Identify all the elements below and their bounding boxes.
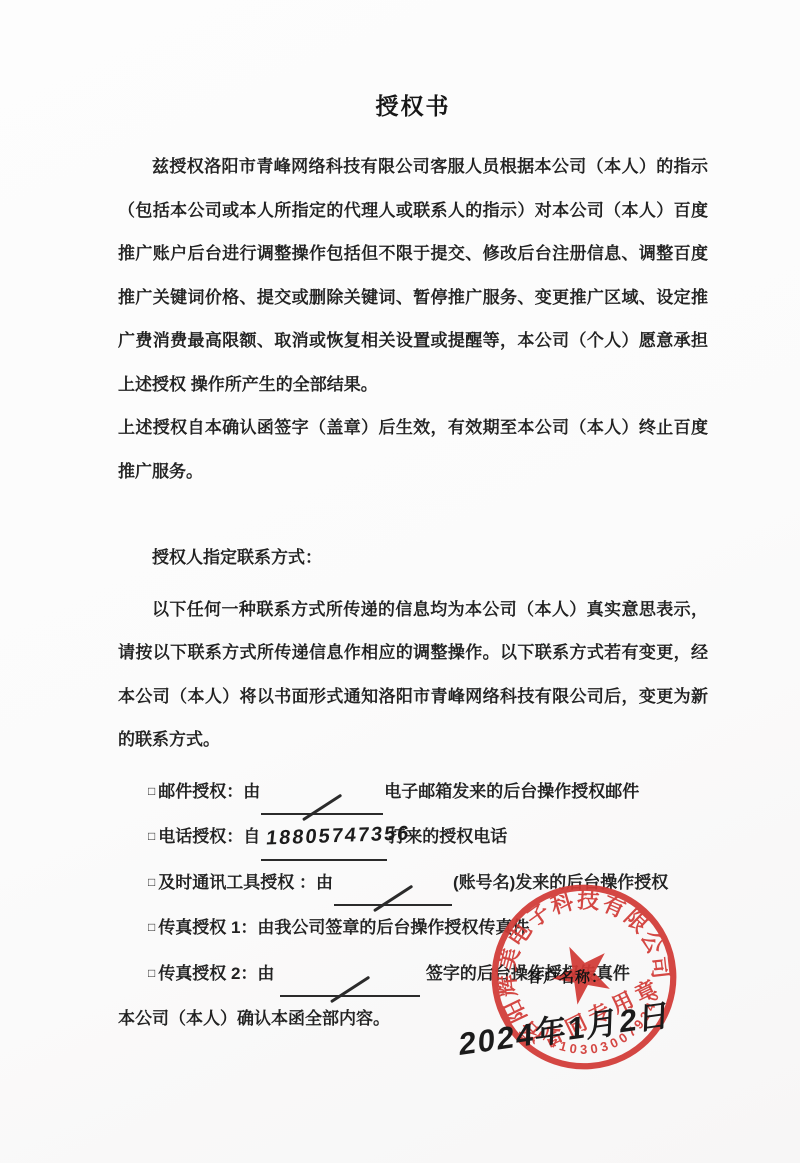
handwritten-phone-number: 18805747356 <box>264 812 413 861</box>
effective-paragraph: 上述授权自本确认函签字（盖章）后生效，有效期至本公司（本人）终止百度推广服务。 <box>118 406 708 493</box>
checkbox-icon: □ <box>148 966 155 980</box>
document-title: 授权书 <box>118 88 708 121</box>
contact-heading: 授权人指定联系方式： <box>118 536 708 580</box>
auth-item-pre-text: 传真授权 2：由 <box>158 964 279 983</box>
checkbox-icon: □ <box>148 784 155 798</box>
checkbox-icon: □ <box>148 875 155 889</box>
customer-name-label: 客户名称： <box>527 966 607 987</box>
checkbox-icon: □ <box>148 920 155 934</box>
scanned-document-page: 授权书 兹授权洛阳市青峰网络科技有限公司客服人员根据本公司（本人）的指示（包括本… <box>0 0 800 1163</box>
auth-item-pre-text: 及时通讯工具授权 ：由 <box>158 873 333 892</box>
auth-item: □电话授权：自18805747356打来的授权电话 <box>118 815 708 861</box>
blank-underline <box>261 795 383 815</box>
auth-item-pre-text: 电话授权：自 <box>158 827 260 846</box>
auth-item: □邮件授权：由电子邮箱发来的后台操作授权邮件 <box>118 770 708 816</box>
auth-item-post-text: 电子邮箱发来的后台操作授权邮件 <box>384 782 639 801</box>
contact-paragraph: 以下任何一种联系方式所传递的信息均为本公司（本人）真实意思表示，请按以下联系方式… <box>118 588 708 762</box>
auth-item-pre-text: 邮件授权：由 <box>158 782 260 801</box>
auth-item-pre-text: 传真授权 1：由我公司签章的后台操作授权传真件 <box>158 918 529 937</box>
blank-underline <box>280 977 420 997</box>
checkbox-icon: □ <box>148 829 155 843</box>
intro-paragraph: 兹授权洛阳市青峰网络科技有限公司客服人员根据本公司（本人）的指示（包括本公司或本… <box>118 145 708 406</box>
blank-underline <box>334 886 452 906</box>
phone-blank-underline: 18805747356 <box>261 841 387 861</box>
